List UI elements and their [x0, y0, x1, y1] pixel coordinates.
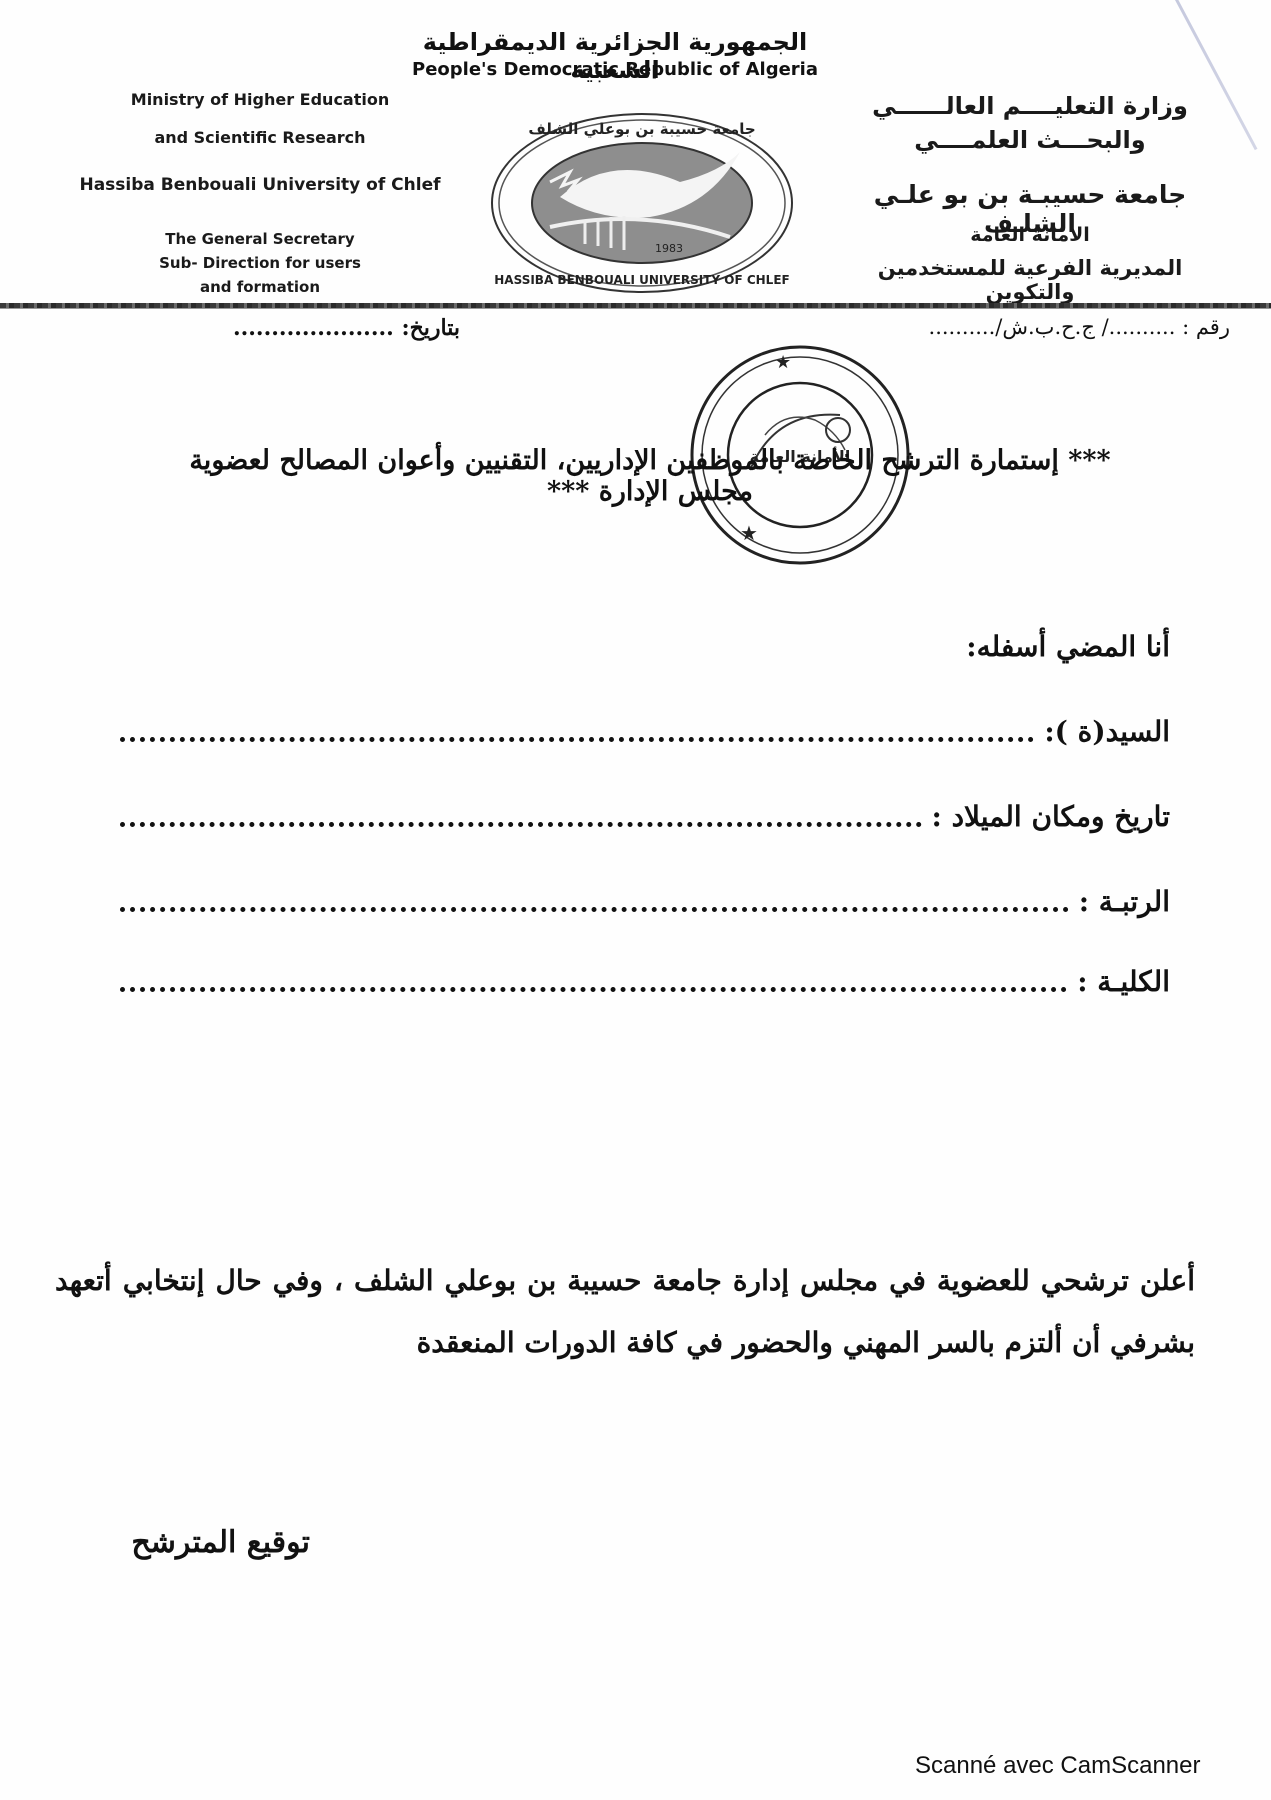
university-seal-icon: 1983 جامعة حسيبة بن بوعلي الشلف HASSIBA … [490, 112, 795, 294]
ministry-line2-ar: والبحـــث العلمــــي [830, 126, 1230, 154]
field-name[interactable]: السيد(ة ): [120, 715, 1170, 748]
subdirection-line1-en: Sub- Direction for users [60, 251, 460, 275]
ministry-line2-en: and Scientific Research [60, 128, 460, 147]
general-secretary-ar: الأمانة العامة [830, 224, 1230, 246]
field-birth-date-place-label: تاريخ ومكان الميلاد : [932, 800, 1171, 833]
field-rank[interactable]: الرتبـة : [120, 885, 1170, 918]
field-birth-date-place[interactable]: تاريخ ومكان الميلاد : [120, 800, 1170, 833]
svg-text:1983: 1983 [655, 242, 683, 255]
candidate-signature-label[interactable]: توقيع المترشح [60, 1525, 310, 1560]
field-faculty-input[interactable] [120, 981, 1067, 992]
scanner-watermark: Scanné avec CamScanner [915, 1752, 1245, 1780]
svg-text:★: ★ [740, 521, 758, 545]
header-divider [0, 303, 1271, 309]
field-birth-date-place-input[interactable] [120, 816, 922, 827]
intro-label: أنا المضي أسفله: [760, 630, 1170, 663]
general-secretary-en: The General Secretary [60, 227, 460, 251]
svg-text:★: ★ [775, 352, 791, 373]
field-name-label: السيد(ة ): [1044, 715, 1170, 748]
subdirection-ar: المديرية الفرعية للمستخدمين والتكوين [830, 256, 1230, 304]
field-rank-input[interactable] [120, 901, 1069, 912]
svg-text:HASSIBA BENBOUALI UNIVERSITY O: HASSIBA BENBOUALI UNIVERSITY OF CHLEF [494, 273, 789, 287]
ministry-line1-ar: وزارة التعليــــم العالــــــي [830, 92, 1230, 120]
field-rank-label: الرتبـة : [1079, 885, 1170, 918]
form-title: *** إستمارة الترشح الخاصة بالموظفين الإد… [150, 445, 1150, 507]
subdirection-line2-en: and formation [60, 275, 460, 299]
reference-date-field[interactable]: بتاريخ: ..................... [160, 315, 460, 341]
ministry-line1-en: Ministry of Higher Education [60, 90, 460, 109]
field-faculty-label: الكليـة : [1077, 965, 1170, 998]
field-name-input[interactable] [120, 731, 1034, 742]
svg-text:جامعة حسيبة بن بوعلي الشلف: جامعة حسيبة بن بوعلي الشلف [528, 120, 755, 138]
department-block-en: The General Secretary Sub- Direction for… [60, 227, 460, 299]
declaration-text: أعلن ترشحي للعضوية في مجلس إدارة جامعة ح… [55, 1250, 1195, 1374]
reference-number-field[interactable]: رقم : ........../ ج.ح.ب.ش/.......... [720, 315, 1230, 339]
field-faculty[interactable]: الكليـة : [120, 965, 1170, 998]
republic-title-english: People's Democratic Republic of Algeria [380, 59, 850, 80]
university-name-en: Hassiba Benbouali University of Chlef [60, 175, 460, 195]
